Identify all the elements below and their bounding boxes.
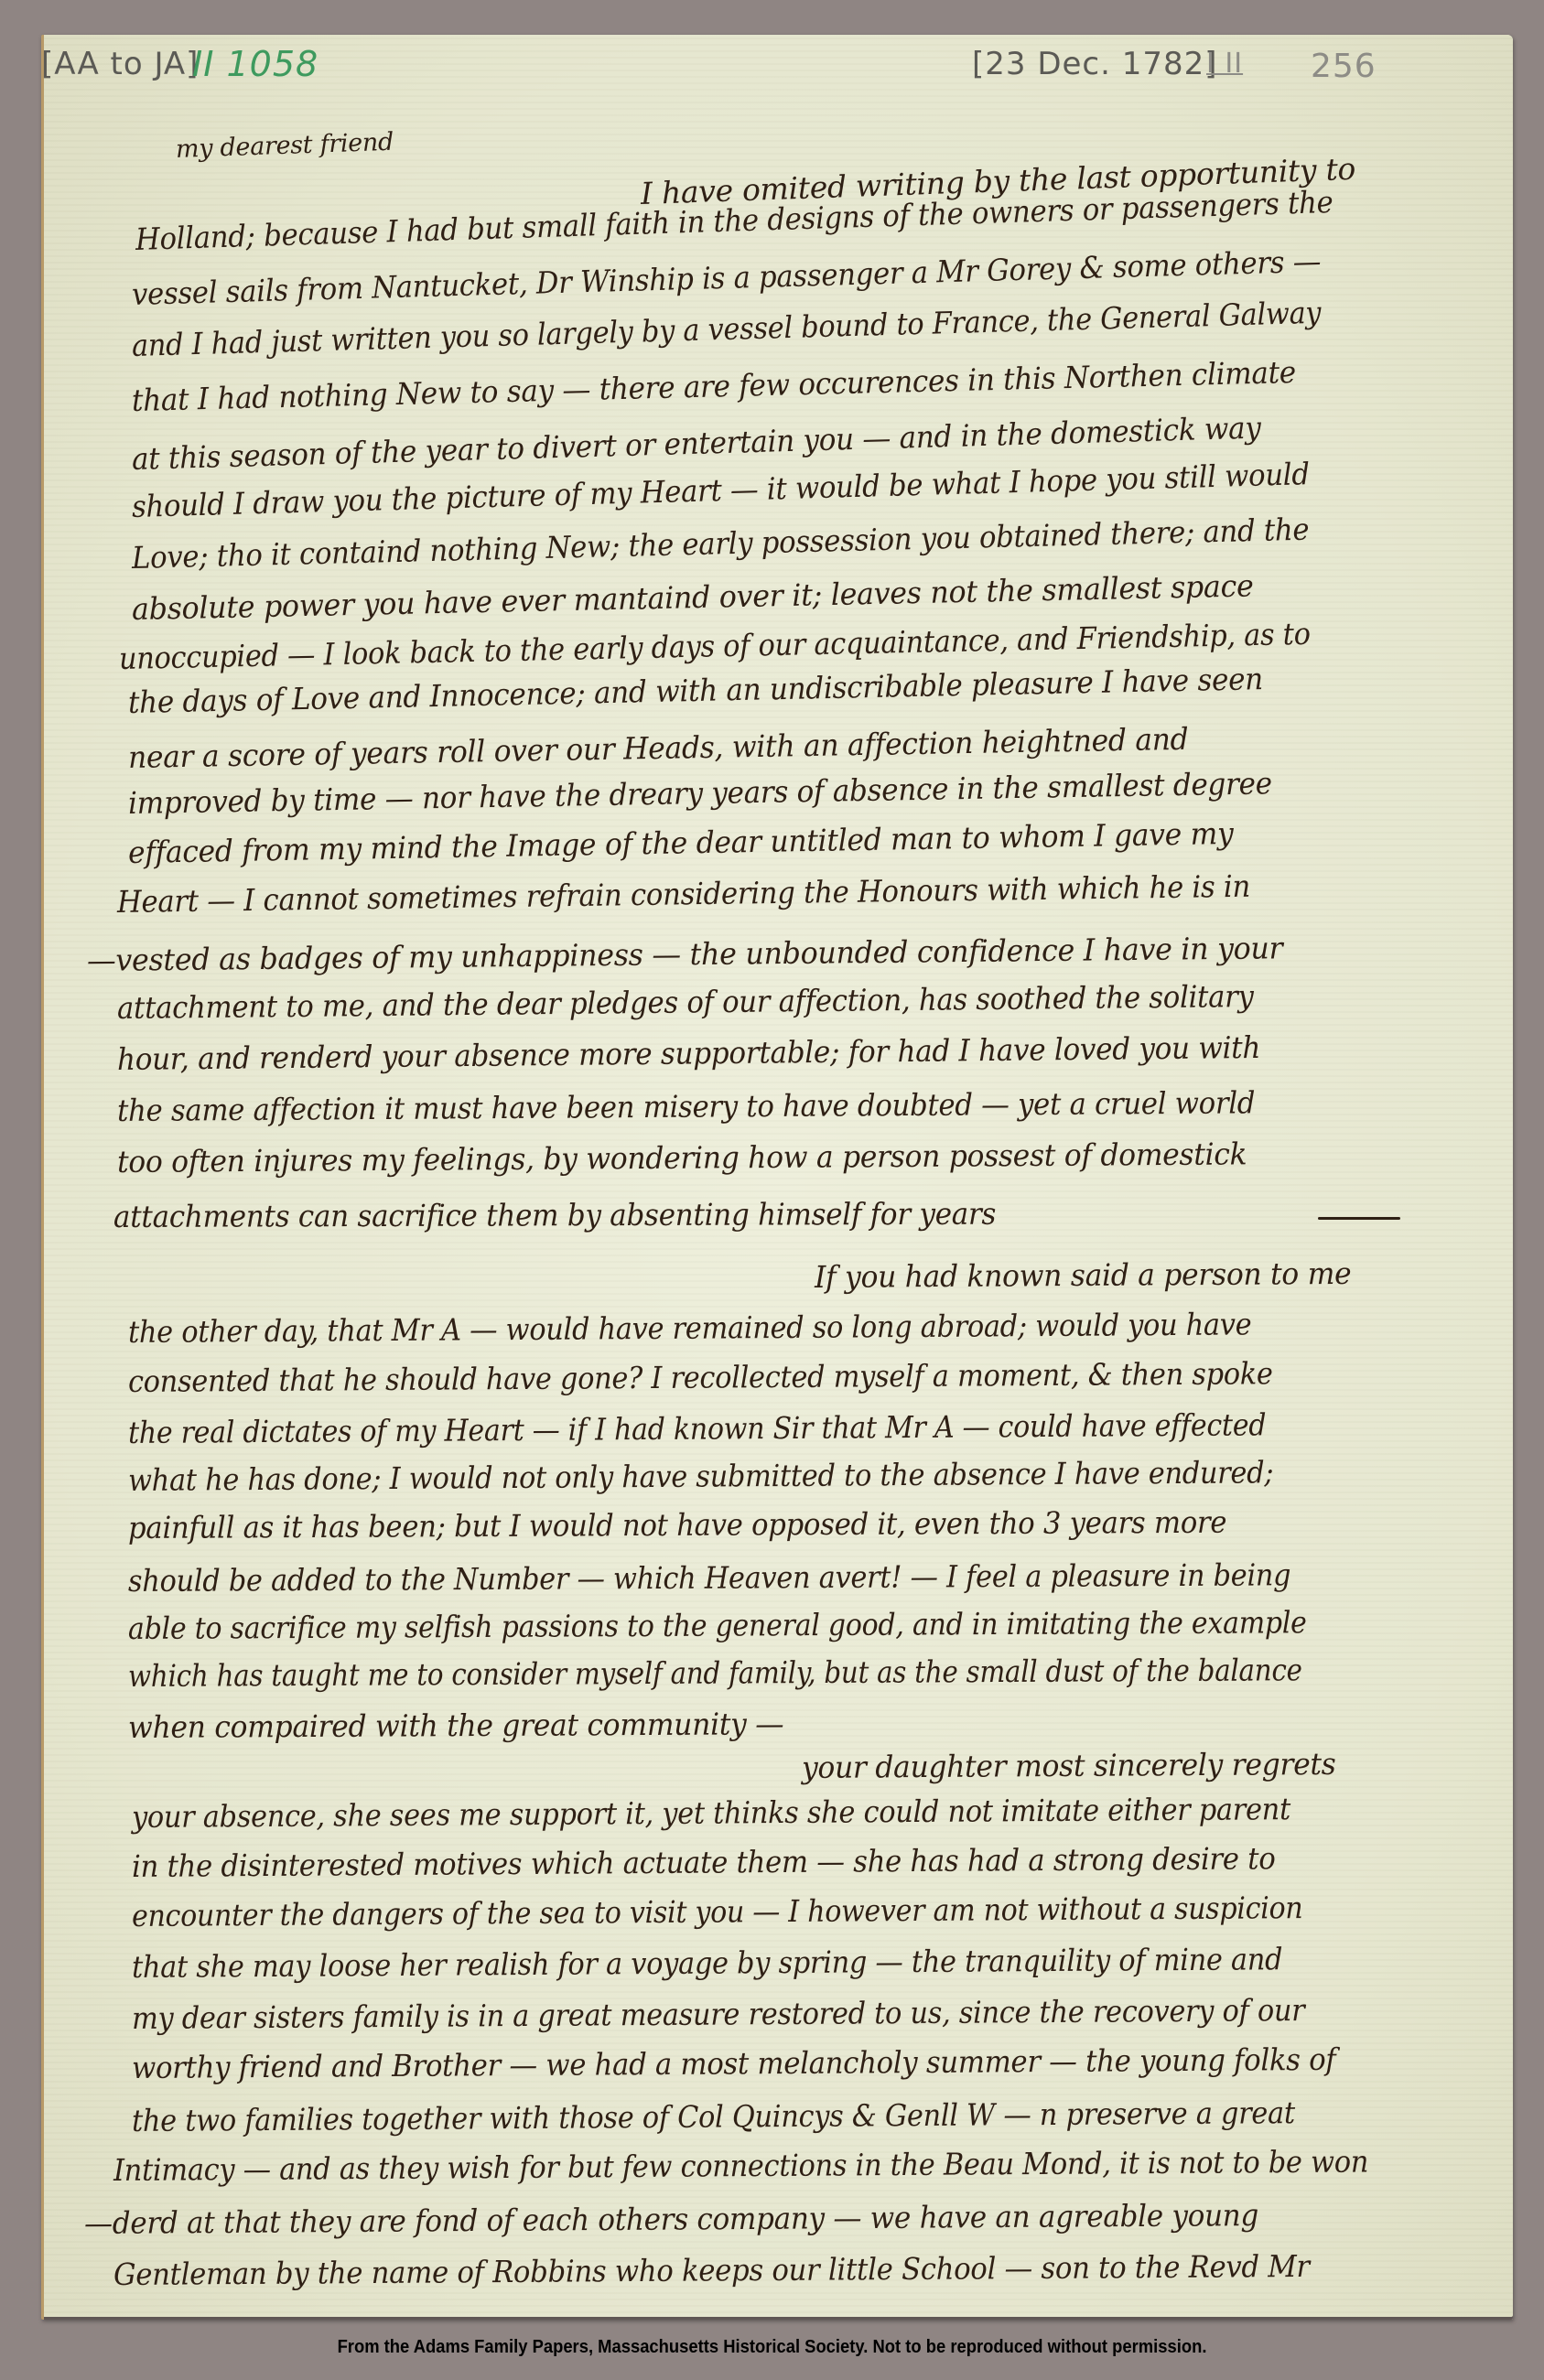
letter-line: should be added to the Number — which He… [128, 1556, 1290, 1599]
letter-line: If you had known said a person to me [815, 1255, 1352, 1295]
copyright-caption: From the Adams Family Papers, Massachuse… [61, 2337, 1482, 2358]
letter-line: when compaired with the great community … [128, 1706, 783, 1745]
archival-page-number: 256 [1311, 48, 1377, 85]
archival-reel-number: II 1058 [192, 44, 319, 84]
letter-line: which has taught me to consider myself a… [128, 1652, 1302, 1694]
line-ending-flourish [1318, 1217, 1400, 1220]
letter-line: your daughter most sincerely regrets [802, 1746, 1336, 1785]
archival-series: I II [1206, 48, 1243, 80]
archival-date: [23 Dec. 1782] [972, 46, 1218, 82]
letter-line: painfull as it has been; but I would not… [128, 1504, 1226, 1545]
letter-line: attachments can sacrifice them by absent… [113, 1196, 996, 1234]
letter-line: able to sacrifice my selfish passions to… [128, 1604, 1307, 1646]
archival-attribution: [AA to JA] [41, 46, 199, 82]
